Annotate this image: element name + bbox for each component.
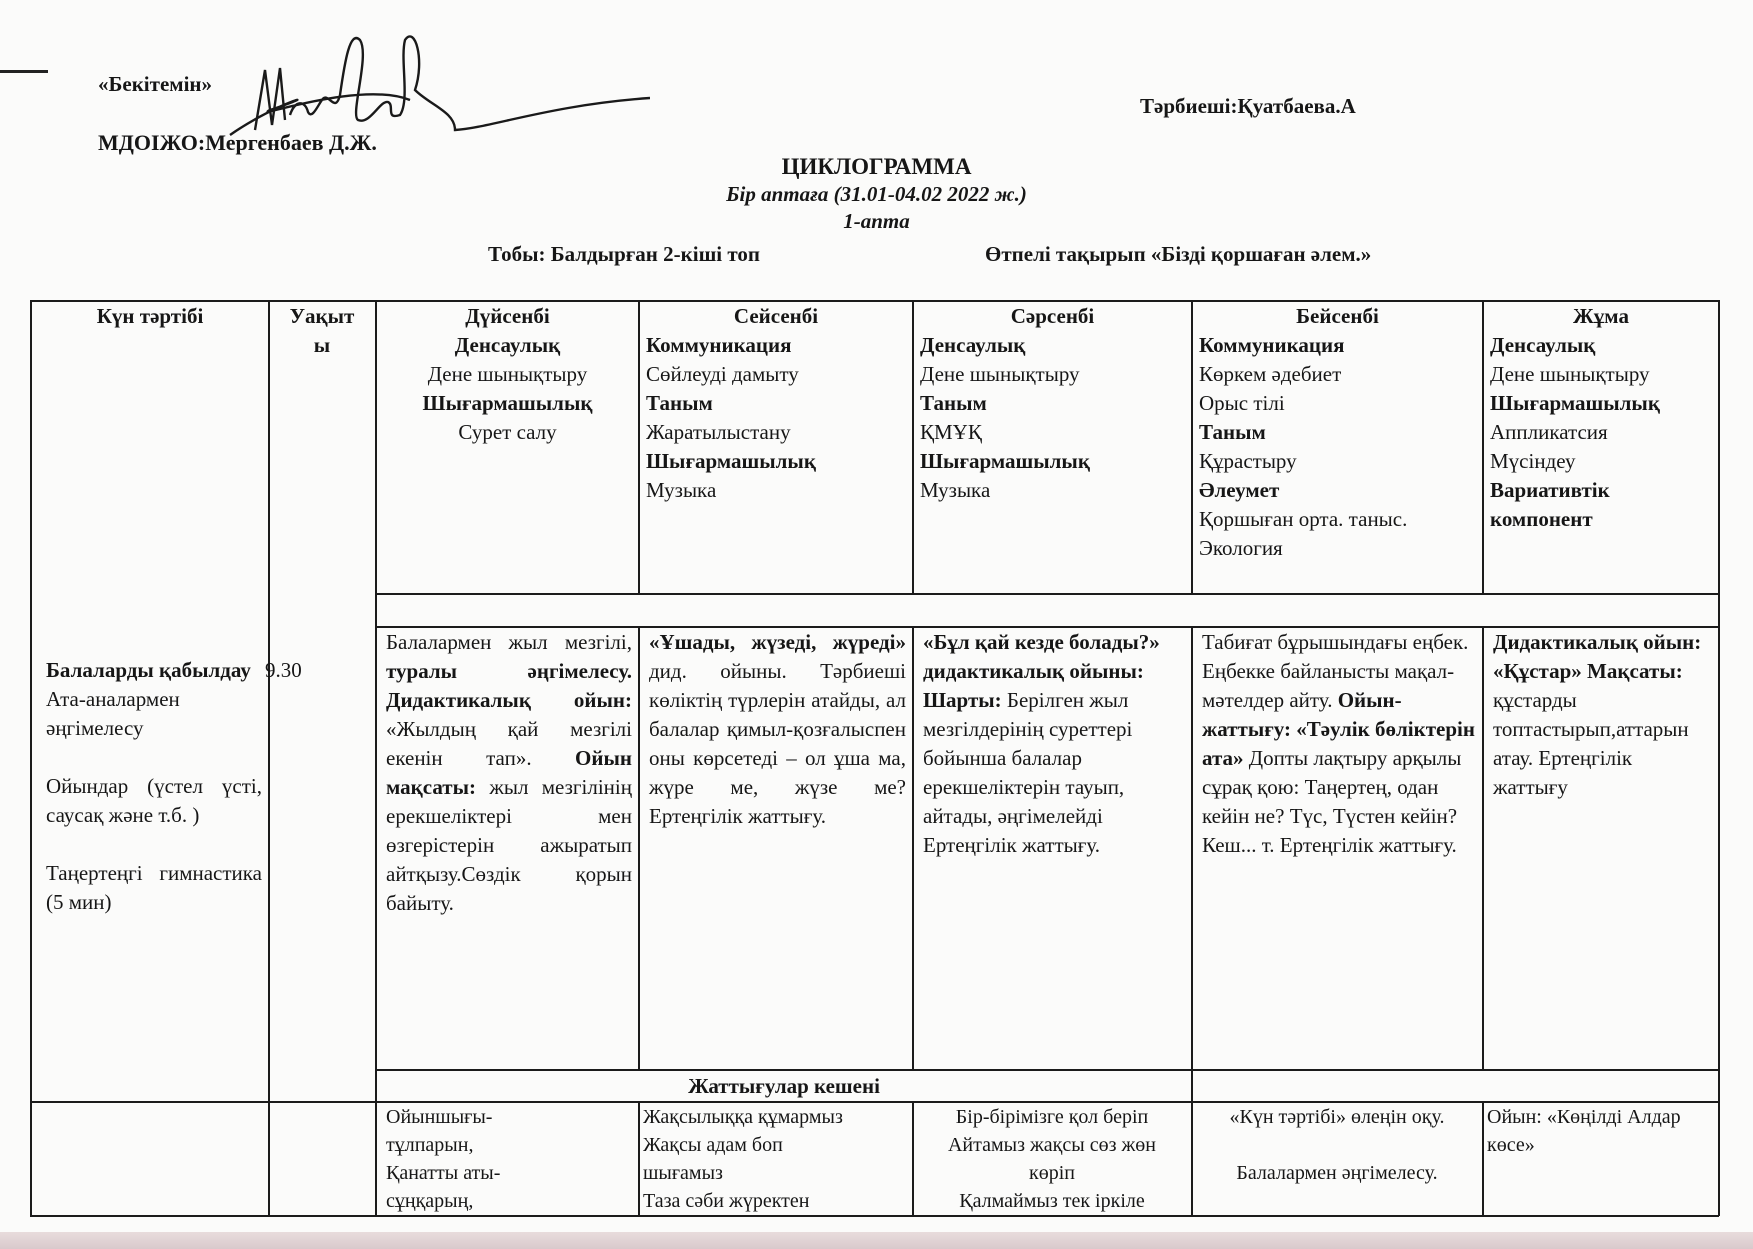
exercise-line: Айтамыз жақсы сөз жөн: [914, 1131, 1190, 1159]
exercise-tuesday: Жақсылыққа құмармызЖақсы адам бопшығамыз…: [637, 1103, 913, 1215]
column-header-time: Уақыт ы: [282, 302, 362, 360]
exercise-thursday: «Күн тәртібі» өлеңін оқу. Балалармен әңг…: [1191, 1103, 1483, 1187]
exercise-line: Жақсы адам боп: [643, 1131, 907, 1159]
subject-item: Қоршыған орта. таныс.: [1199, 505, 1476, 534]
subject-area: Әлеумет: [1199, 476, 1476, 505]
subject-area: Денсаулық: [383, 331, 632, 360]
column-header-routine: Күн тәртібі: [32, 302, 268, 331]
exercise-line: Таза сәби жүректен: [643, 1187, 907, 1215]
day-name: Дүйсенбі: [383, 302, 632, 331]
subject-area: Таным: [1199, 418, 1476, 447]
exercise-friday: Ойын: «Көңілді Алдаркөсе»: [1484, 1103, 1718, 1159]
routine-line: Таңертеңгі гимнастика (5 мин): [46, 859, 262, 917]
subject-area: Шығармашылық: [920, 447, 1185, 476]
subject-area: Шығармашылық: [383, 389, 632, 418]
subject-area: Денсаулық: [1490, 331, 1712, 360]
subject-area: Шығармашылық: [1490, 389, 1712, 418]
reception-friday: Дидактикалық ойын: «Құстар» Мақсаты: құс…: [1487, 628, 1717, 802]
reception-time: 9.30: [265, 656, 345, 685]
exercise-line: Ойыншығы-: [386, 1103, 632, 1131]
subject-item: Мүсіндеу: [1490, 447, 1712, 476]
subject-area: Коммуникация: [1199, 331, 1476, 360]
subject-item: ҚМҰҚ: [920, 418, 1185, 447]
exercise-line: Бір-бірімізге қол беріп: [914, 1103, 1190, 1131]
day-header-friday: ЖұмаДенсаулықДене шынықтыруШығармашылықА…: [1484, 302, 1718, 534]
exercise-line: [1193, 1131, 1481, 1159]
reception-thursday: Табиғат бұрышындағы еңбек. Еңбекке байла…: [1196, 628, 1481, 860]
reception-tuesday: «Ұшады, жүзеді, жүреді» дид. ойыны. Тәрб…: [643, 628, 912, 831]
subject-area: Коммуникация: [646, 331, 906, 360]
subject-item: Дене шынықтыру: [383, 360, 632, 389]
routine-line: Ата-аналармен әңгімелесу: [46, 685, 262, 743]
day-name: Жұма: [1490, 302, 1712, 331]
cyclogram-table: [0, 0, 1753, 1249]
subject-item: Музыка: [646, 476, 906, 505]
routine-title: Балаларды қабылдау: [46, 656, 262, 685]
subject-area: Таным: [920, 389, 1185, 418]
exercise-line: Балалармен әңгімелесу.: [1193, 1159, 1481, 1187]
exercise-line: көріп: [914, 1159, 1190, 1187]
subject-item: Дене шынықтыру: [920, 360, 1185, 389]
exercise-monday: Ойыншығы-тұлпарын,Қанатты аты-сұңқарың,: [380, 1103, 638, 1215]
subject-area: Таным: [646, 389, 906, 418]
exercise-line: Қалмаймыз тек іркіле: [914, 1187, 1190, 1215]
activity-text: Дидактикалық ойын:: [386, 688, 632, 712]
exercise-line: көсе»: [1487, 1131, 1715, 1159]
activity-text: құстарды топтастырып,аттарын атау. Ертең…: [1493, 688, 1689, 799]
subject-area: Вариативтік компонент: [1490, 476, 1712, 534]
subject-item: Сурет салу: [383, 418, 632, 447]
activity-text: Берілген жыл мезгілдерінің суреттері бой…: [923, 688, 1132, 857]
subject-item: Дене шынықтыру: [1490, 360, 1712, 389]
exercise-line: тұлпарын,: [386, 1131, 632, 1159]
activity-text: туралы әңгімелесу.: [386, 659, 632, 683]
day-header-tuesday: СейсенбіКоммуникацияСөйлеуді дамытуТаным…: [640, 302, 912, 505]
routine-reception: Балаларды қабылдау Ата-аналармен әңгімел…: [40, 656, 268, 917]
exercise-line: Қанатты аты-: [386, 1159, 632, 1187]
exercise-line: сұңқарың,: [386, 1187, 632, 1215]
exercise-complex-header: Жаттығулар кешені: [377, 1071, 1191, 1101]
activity-text: Табиғат бұрышындағы еңбек. Еңбекке байла…: [1202, 630, 1468, 712]
day-header-monday: ДүйсенбіДенсаулықДене шынықтыруШығармашы…: [377, 302, 638, 447]
day-header-wednesday: СәрсенбіДенсаулықДене шынықтыруТанымҚМҰҚ…: [914, 302, 1191, 505]
day-name: Сәрсенбі: [920, 302, 1185, 331]
subject-item: Сөйлеуді дамыту: [646, 360, 906, 389]
reception-wednesday: «Бұл қай кезде болады?» дидактикалық ойы…: [917, 628, 1187, 860]
subject-item: Құрастыру: [1199, 447, 1476, 476]
activity-text: дид. ойыны. Тәрбиеші көліктің түрлерін а…: [649, 659, 906, 828]
exercise-line: Ойын: «Көңілді Алдар: [1487, 1103, 1715, 1131]
subject-item: Жаратылыстану: [646, 418, 906, 447]
subject-area: Денсаулық: [920, 331, 1185, 360]
activity-text: «Ұшады, жүзеді, жүреді»: [649, 630, 906, 654]
day-name: Сейсенбі: [646, 302, 906, 331]
routine-lines: Ата-аналармен әңгімелесуОйындар (үстел ү…: [46, 685, 262, 917]
routine-line: Ойындар (үстел үсті, саусақ және т.б. ): [46, 772, 262, 830]
subject-item: Музыка: [920, 476, 1185, 505]
subject-item: Көркем әдебиет: [1199, 360, 1476, 389]
subject-item: Экология: [1199, 534, 1476, 563]
day-name: Бейсенбі: [1199, 302, 1476, 331]
subject-item: Орыс тілі: [1199, 389, 1476, 418]
reception-monday: Балалармен жыл мезгілі, туралы әңгімелес…: [380, 628, 638, 918]
subject-item: Аппликатсия: [1490, 418, 1712, 447]
exercise-line: «Күн тәртібі» өлеңін оқу.: [1193, 1103, 1481, 1131]
subject-area: Шығармашылық: [646, 447, 906, 476]
page-edge-shadow: [0, 1232, 1753, 1249]
activity-text: Балалармен жыл мезгілі,: [386, 630, 632, 654]
day-header-thursday: БейсенбіКоммуникацияКөркем әдебиетОрыс т…: [1193, 302, 1482, 563]
activity-text: Дидактикалық ойын: «Құстар» Мақсаты:: [1493, 630, 1701, 683]
exercise-line: Жақсылыққа құмармыз: [643, 1103, 907, 1131]
exercise-wednesday: Бір-бірімізге қол беріпАйтамыз жақсы сөз…: [912, 1103, 1192, 1215]
exercise-line: шығамыз: [643, 1159, 907, 1187]
